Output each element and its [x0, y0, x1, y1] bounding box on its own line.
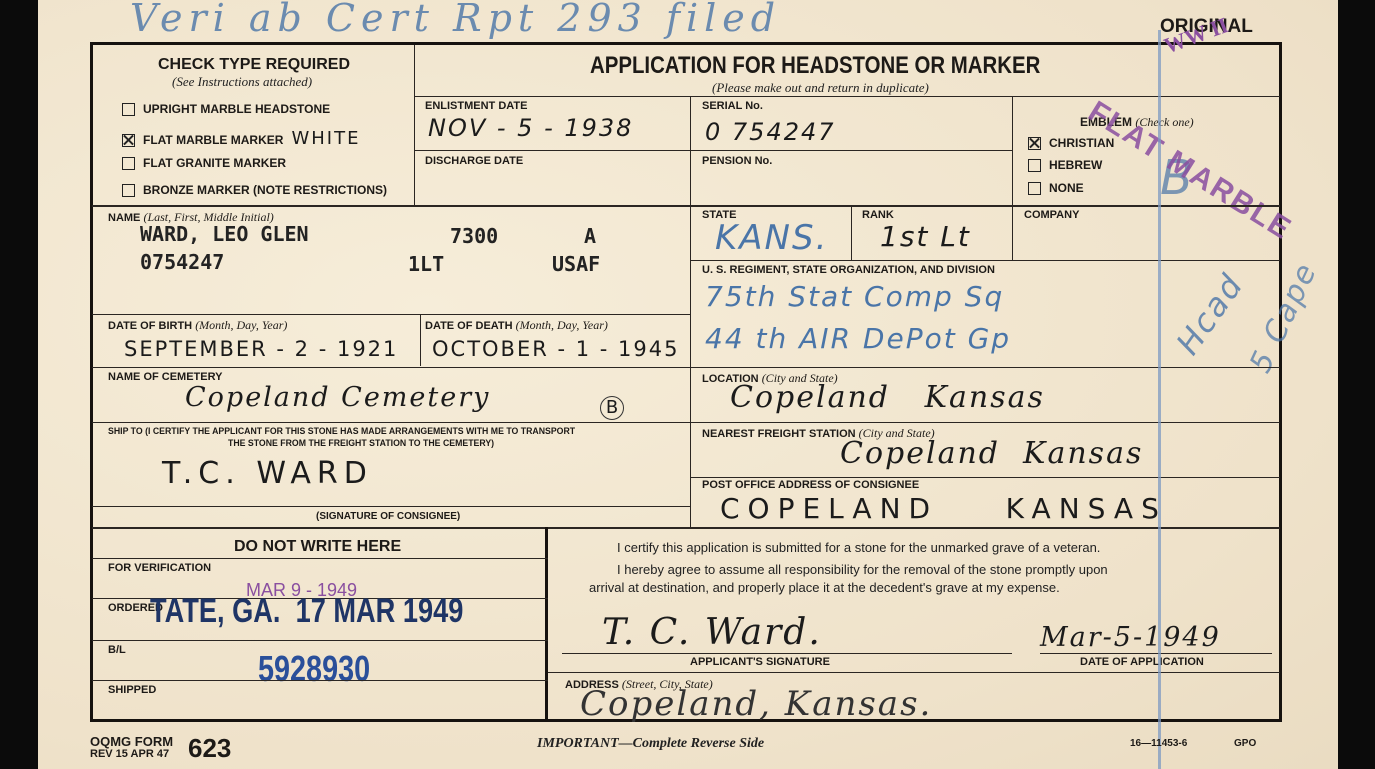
- date-line: [1040, 653, 1272, 654]
- divider: [414, 96, 1280, 97]
- regiment-line2[interactable]: 44 th AIR DePot Gp: [705, 322, 1011, 355]
- company-label: COMPANY: [1024, 209, 1079, 221]
- divider: [420, 314, 421, 366]
- form-revision: REV 15 APR 47: [90, 748, 169, 760]
- emblem-none[interactable]: NONE: [1028, 181, 1084, 195]
- important-note: IMPORTANT—Complete Reverse Side: [537, 736, 764, 752]
- checkbox[interactable]: [122, 184, 135, 197]
- print-code: 16—11453-6: [1130, 738, 1187, 749]
- cert-line3: arrival at destination, and properly pla…: [589, 580, 1060, 595]
- divider: [1012, 96, 1013, 260]
- checkbox[interactable]: [1028, 182, 1041, 195]
- divider: [92, 640, 548, 641]
- divider: [92, 680, 548, 681]
- application-date-caption: DATE OF APPLICATION: [1080, 656, 1204, 668]
- divider: [690, 150, 1012, 151]
- name-branch: USAF: [552, 252, 600, 276]
- name-value[interactable]: WARD, LEO GLEN: [140, 222, 309, 246]
- form-number: 623: [188, 733, 231, 764]
- ship-to-value[interactable]: T.C. WARD: [162, 456, 373, 491]
- ordered-stamp: TATE, GA. 17 MAR 1949: [150, 592, 463, 631]
- form-prefix: OQMG FORM: [90, 734, 173, 749]
- checkbox-checked[interactable]: [122, 134, 135, 147]
- applicant-signature-caption: APPLICANT'S SIGNATURE: [690, 656, 830, 668]
- shipped-label: SHIPPED: [108, 684, 156, 696]
- discharge-label: DISCHARGE DATE: [425, 155, 523, 167]
- signature-line: [562, 653, 1012, 654]
- applicant-signature[interactable]: T. C. Ward.: [602, 612, 822, 653]
- option-flat-granite[interactable]: FLAT GRANITE MARKER: [122, 156, 286, 170]
- consignee-signature-caption: (SIGNATURE OF CONSIGNEE): [316, 511, 460, 522]
- regiment-line1[interactable]: 75th Stat Comp Sq: [705, 280, 1004, 313]
- application-date[interactable]: Mar-5-1949: [1040, 622, 1221, 653]
- divider: [548, 672, 1280, 673]
- divider: [92, 422, 1280, 423]
- divider: [690, 96, 691, 528]
- checkbox-checked[interactable]: [1028, 137, 1041, 150]
- serial-label: SERIAL No.: [702, 100, 763, 112]
- rank-value[interactable]: 1st Lt: [880, 220, 971, 253]
- enlistment-value[interactable]: NOV - 5 - 1938: [428, 114, 633, 142]
- birth-label: DATE OF BIRTH (Month, Day, Year): [108, 318, 287, 333]
- address-value[interactable]: Copeland, Kansas.: [580, 684, 932, 724]
- check-type-heading: CHECK TYPE REQUIRED: [158, 56, 350, 74]
- option-flat-marble[interactable]: FLAT MARBLE MARKERWHITE: [122, 128, 360, 149]
- name-serial-typed: 0754247: [140, 250, 224, 274]
- ship-to-label-2: THE STONE FROM THE FREIGHT STATION TO TH…: [228, 438, 494, 449]
- serial-value[interactable]: 0 754247: [705, 118, 836, 146]
- checkbox[interactable]: [1028, 159, 1041, 172]
- location-value[interactable]: Copeland Kansas: [730, 380, 1045, 415]
- option-bronze[interactable]: BRONZE MARKER (NOTE RESTRICTIONS): [122, 183, 387, 197]
- death-value[interactable]: OCTOBER - 1 - 1945: [432, 337, 679, 361]
- name-code2: A: [584, 224, 596, 248]
- cemetery-value[interactable]: Copeland Cemetery: [185, 382, 490, 413]
- ship-to-label: SHIP TO (I CERTIFY THE APPLICANT FOR THI…: [108, 426, 575, 437]
- divider: [690, 205, 1280, 206]
- divider: [92, 367, 1280, 368]
- divider: [414, 45, 415, 205]
- check-type-subheading: (See Instructions attached): [172, 74, 312, 90]
- divider: [92, 506, 690, 507]
- verification-label: FOR VERIFICATION: [108, 562, 211, 574]
- regiment-label: U. S. REGIMENT, STATE ORGANIZATION, AND …: [702, 264, 995, 276]
- office-use-heading: DO NOT WRITE HERE: [234, 538, 401, 556]
- printer-code: GPO: [1234, 738, 1256, 749]
- emblem-christian[interactable]: CHRISTIAN: [1028, 136, 1114, 150]
- name-code1: 7300: [450, 224, 498, 248]
- state-value[interactable]: KANS.: [715, 218, 828, 258]
- emblem-hebrew[interactable]: HEBREW: [1028, 158, 1102, 172]
- post-office-label: POST OFFICE ADDRESS OF CONSIGNEE: [702, 479, 919, 491]
- birth-value[interactable]: SEPTEMBER - 2 - 1921: [124, 337, 398, 361]
- option-upright-marble[interactable]: UPRIGHT MARBLE HEADSTONE: [122, 102, 330, 116]
- cert-line2: I hereby agree to assume all responsibil…: [617, 562, 1108, 577]
- divider: [414, 150, 690, 151]
- top-annotation: Veri ab Cert Rpt 293 filed: [130, 0, 781, 40]
- pencil-line: [1158, 30, 1161, 769]
- divider: [92, 558, 548, 559]
- name-rank-typed: 1LT: [408, 252, 444, 276]
- death-label: DATE OF DEATH (Month, Day, Year): [425, 318, 608, 333]
- form-title: APPLICATION FOR HEADSTONE OR MARKER: [590, 52, 1040, 80]
- cemetery-mark: B: [600, 396, 624, 420]
- checkbox[interactable]: [122, 103, 135, 116]
- divider: [690, 477, 1280, 478]
- freight-value[interactable]: Copeland Kansas: [840, 436, 1143, 471]
- enlistment-label: ENLISTMENT DATE: [425, 100, 527, 112]
- divider: [851, 205, 852, 260]
- post-office-value[interactable]: COPELAND KANSAS: [720, 492, 1167, 525]
- checkbox[interactable]: [122, 157, 135, 170]
- divider: [92, 314, 690, 315]
- divider: [690, 260, 1280, 261]
- pension-label: PENSION No.: [702, 155, 772, 167]
- cert-line1: I certify this application is submitted …: [617, 540, 1100, 555]
- bl-value: 5928930: [258, 648, 370, 690]
- bl-label: B/L: [108, 644, 126, 656]
- form-subtitle: (Please make out and return in duplicate…: [712, 80, 929, 96]
